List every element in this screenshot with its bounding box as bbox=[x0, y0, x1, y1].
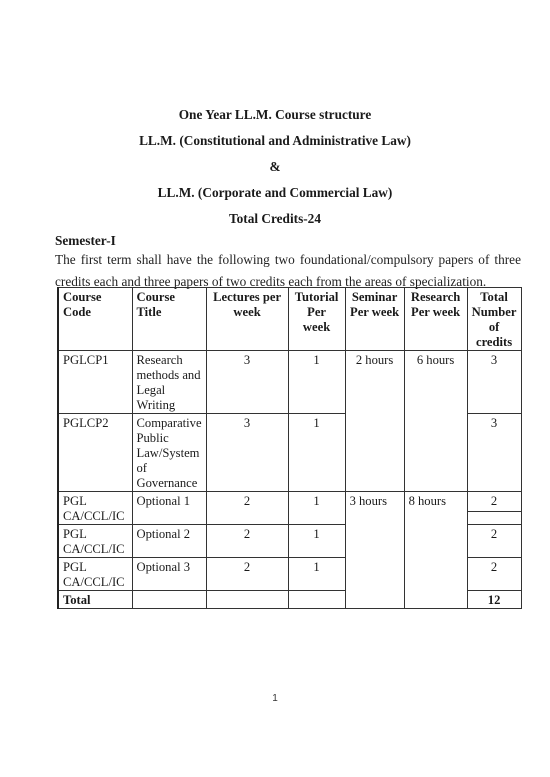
cell-research: 6 hours bbox=[404, 351, 467, 492]
header-course-title: Course Title bbox=[132, 288, 206, 351]
cell-credits-value: 2 bbox=[468, 494, 521, 512]
cell-seminar: 3 hours bbox=[345, 492, 404, 609]
page-number: 1 bbox=[0, 693, 550, 704]
cell-total-label: Total bbox=[58, 591, 132, 609]
cell-course-code: PGL CA/CCL/IC bbox=[58, 525, 132, 558]
cell-course-title: Optional 1 bbox=[132, 492, 206, 525]
document-title: One Year LL.M. Course structure bbox=[0, 107, 550, 123]
cell-research: 8 hours bbox=[404, 492, 467, 609]
cell-lectures: 2 bbox=[206, 558, 288, 591]
cell-lectures: 2 bbox=[206, 525, 288, 558]
cell-lectures: 3 bbox=[206, 414, 288, 492]
cell-credits: 3 bbox=[467, 351, 521, 414]
cell-credits: 2 bbox=[467, 558, 521, 591]
total-credits-heading: Total Credits-24 bbox=[0, 211, 550, 227]
program-title-corporate: LL.M. (Corporate and Commercial Law) bbox=[0, 185, 550, 201]
table-header-row: Course Code Course Title Lectures per we… bbox=[58, 288, 521, 351]
cell-credits: 2 bbox=[467, 492, 521, 525]
title-ampersand: & bbox=[0, 159, 550, 175]
cell-tutorial: 1 bbox=[288, 492, 345, 525]
header-research: Research Per week bbox=[404, 288, 467, 351]
cell-tutorial: 1 bbox=[288, 351, 345, 414]
cell-course-title: Optional 2 bbox=[132, 525, 206, 558]
header-total-credits: Total Number of credits bbox=[467, 288, 521, 351]
document-page: One Year LL.M. Course structure LL.M. (C… bbox=[0, 0, 550, 777]
cell-course-title: Research methods and Legal Writing bbox=[132, 351, 206, 414]
semester-heading: Semester-I bbox=[55, 233, 116, 249]
cell-empty bbox=[206, 591, 288, 609]
cell-course-code: PGL CA/CCL/IC bbox=[58, 558, 132, 591]
cell-credits: 3 bbox=[467, 414, 521, 492]
header-seminar: Seminar Per week bbox=[345, 288, 404, 351]
cell-empty bbox=[288, 591, 345, 609]
header-lectures: Lectures per week bbox=[206, 288, 288, 351]
cell-course-code: PGLCP1 bbox=[58, 351, 132, 414]
cell-course-code: PGL CA/CCL/IC bbox=[58, 492, 132, 525]
cell-tutorial: 1 bbox=[288, 414, 345, 492]
cell-seminar: 2 hours bbox=[345, 351, 404, 492]
table-row: PGLCP1 Research methods and Legal Writin… bbox=[58, 351, 521, 414]
header-tutorial: Tutorial Per week bbox=[288, 288, 345, 351]
cell-total-credits: 12 bbox=[467, 591, 521, 609]
cell-credits: 2 bbox=[467, 525, 521, 558]
cell-course-title: Optional 3 bbox=[132, 558, 206, 591]
cell-lectures: 2 bbox=[206, 492, 288, 525]
program-title-constitutional: LL.M. (Constitutional and Administrative… bbox=[0, 133, 550, 149]
cell-course-title: Comparative Public Law/System of Governa… bbox=[132, 414, 206, 492]
cell-empty bbox=[132, 591, 206, 609]
cell-course-code: PGLCP2 bbox=[58, 414, 132, 492]
cell-tutorial: 1 bbox=[288, 525, 345, 558]
cell-tutorial: 1 bbox=[288, 558, 345, 591]
course-structure-table: Course Code Course Title Lectures per we… bbox=[57, 287, 522, 609]
cell-lectures: 3 bbox=[206, 351, 288, 414]
header-course-code: Course Code bbox=[58, 288, 132, 351]
table-row: PGL CA/CCL/IC Optional 1 2 1 3 hours 8 h… bbox=[58, 492, 521, 525]
